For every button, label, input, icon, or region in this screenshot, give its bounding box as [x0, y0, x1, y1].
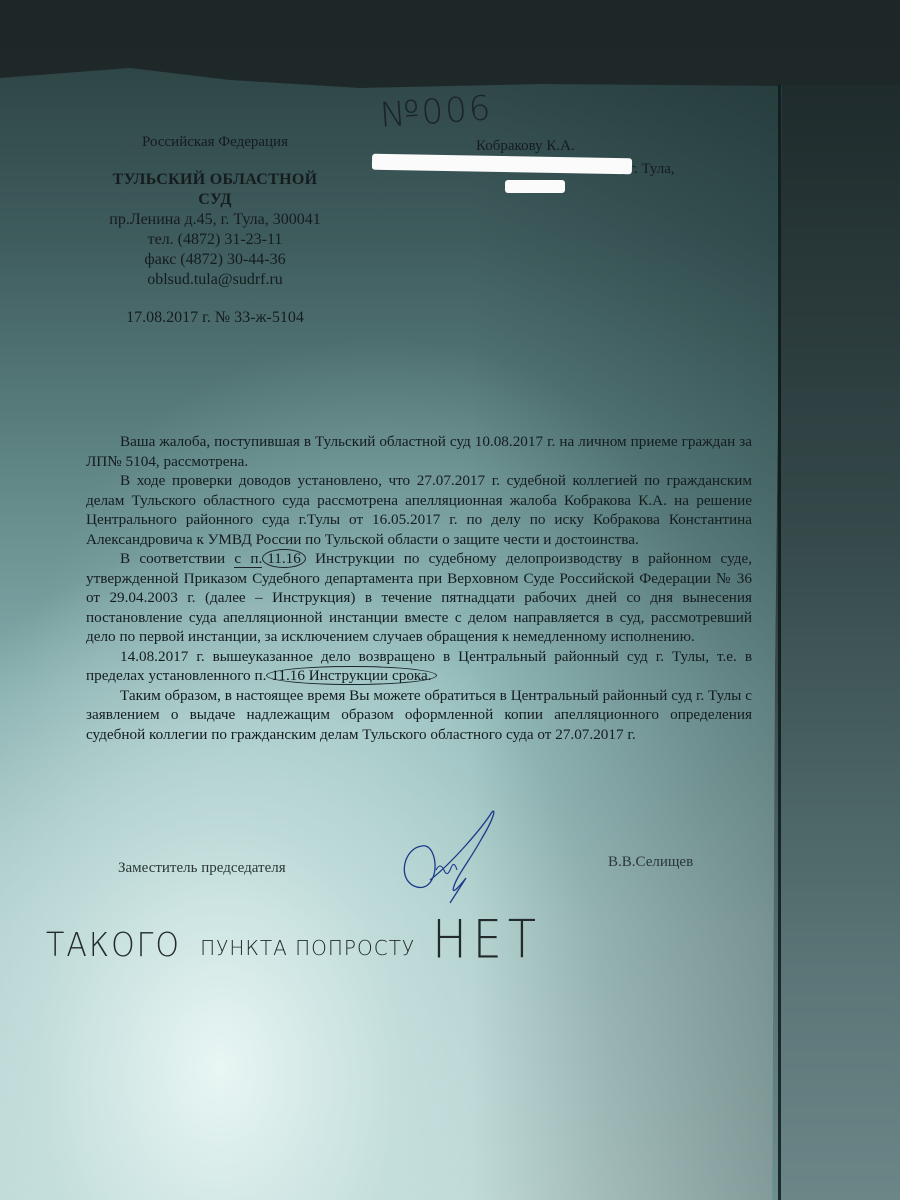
sender-block: Российская Федерация ТУЛЬСКИЙ ОБЛАСТНОЙ … — [80, 132, 350, 328]
paragraph-4: 14.08.2017 г. вышеуказанное дело возвращ… — [86, 647, 752, 686]
sender-country: Российская Федерация — [80, 132, 350, 152]
signature-icon — [392, 808, 522, 908]
letter-body: Ваша жалоба, поступившая в Тульский обла… — [86, 432, 752, 744]
handwritten-note-part1: ТАКОГО — [46, 926, 181, 965]
underlined-clause: с п. — [234, 550, 262, 568]
paragraph-5: Таким образом, в настоящее время Вы може… — [86, 686, 752, 745]
p3-start: В соответствии — [120, 550, 234, 567]
handwritten-number: №006 — [379, 88, 494, 136]
circled-instruction-reference: 11.16 Инструкции срока. — [266, 666, 436, 685]
court-phone: тел. (4872) 31-23-11 — [80, 230, 350, 250]
handwritten-note: ТАКОГО ПУНКТА ПОПРОСТУ НЕТ — [46, 912, 542, 966]
signatory-name: В.В.Селищев — [608, 854, 693, 871]
court-name-line1: ТУЛЬСКИЙ ОБЛАСТНОЙ — [80, 170, 350, 190]
court-email: oblsud.tula@sudrf.ru — [80, 270, 350, 290]
circled-clause-number: 11.16 — [262, 549, 306, 568]
redaction-mark — [505, 180, 565, 193]
paragraph-2: В ходе проверки доводов установлено, что… — [86, 471, 752, 549]
recipient-name: Кобракову К.А. — [476, 138, 575, 155]
paragraph-3: В соответствии с п.11.16 Инструкции по с… — [86, 549, 752, 647]
court-fax: факс (4872) 30-44-36 — [80, 250, 350, 270]
handwritten-note-part2: ПУНКТА ПОПРОСТУ — [200, 936, 415, 960]
paper-edge — [778, 85, 781, 1200]
background-surface-right — [781, 85, 900, 1200]
handwritten-note-part3: НЕТ — [432, 908, 542, 970]
date-reference: 17.08.2017 г. № 33-ж-5104 — [80, 308, 350, 328]
court-address: пр.Ленина д.45, г. Тула, 300041 — [80, 210, 350, 230]
court-name-line2: СУД — [80, 190, 350, 210]
paragraph-1: Ваша жалоба, поступившая в Тульский обла… — [86, 432, 752, 471]
signatory-position: Заместитель председателя — [118, 860, 286, 877]
